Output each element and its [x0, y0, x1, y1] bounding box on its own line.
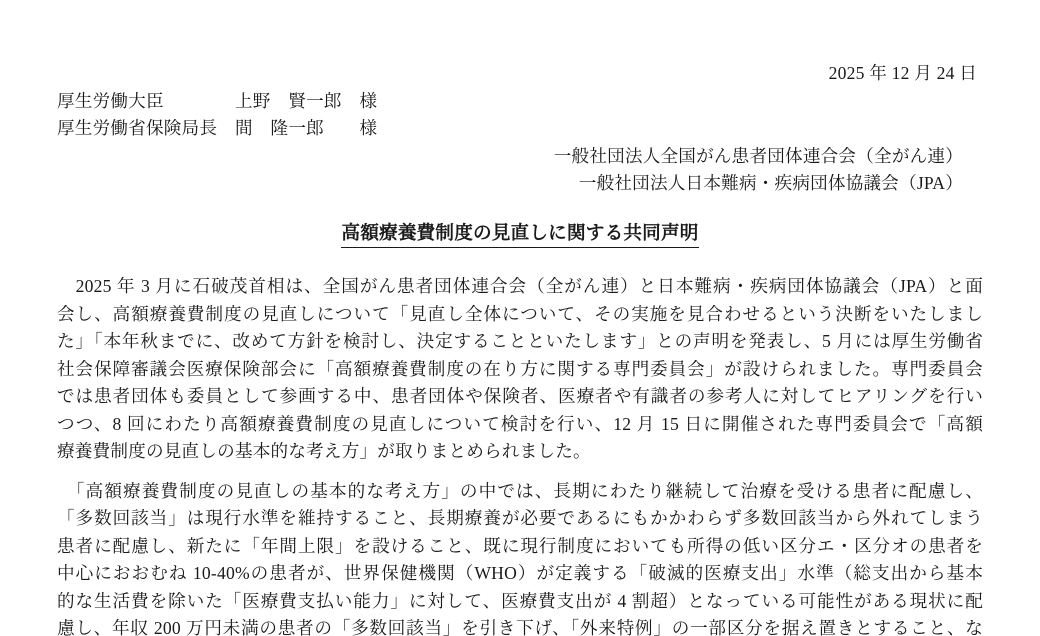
- paragraph-1-line-5: では患者団体も委員として参画する中、患者団体や保険者、医療者や有識者の参考人に対…: [57, 383, 983, 411]
- paragraph-1-line-7: 療養費制度の見直しの基本的な考え方」が取りまとめられました。: [57, 438, 983, 466]
- paragraph-2-line-6: 慮し、年収 200 万円未満の患者の「多数回該当」を引き下げ、「外来特例」の一部…: [57, 615, 983, 636]
- document-date: 2025 年 12 月 24 日: [57, 60, 983, 88]
- paragraph-2-line-4: 中心におおむね 10-40%の患者が、世界保健機関（WHO）が定義する「破滅的医…: [57, 560, 983, 588]
- paragraph-2-line-3: 患者に配慮し、新たに「年間上限」を設けること、既に現行制度においても所得の低い区…: [57, 533, 983, 561]
- paragraph-1-line-3: た」「本年秋までに、改めて方針を検討し、決定することといたします」との声明を発表…: [57, 328, 983, 356]
- paragraph-2-line-2: 「多数回該当」は現行水準を維持すること、長期療養が必要であるにもかかわらず多数回…: [57, 505, 983, 533]
- paragraph-1-line-6: つつ、8 回にわたり高額療養費制度の見直しについて検討を行い、12 月 15 日…: [57, 411, 983, 439]
- sender-organization-lines: 一般社団法人全国がん患者団体連合会（全がん連）一般社団法人日本難病・疾病団体協議…: [57, 143, 983, 198]
- title-row: 高額療養費制度の見直しに関する共同声明: [57, 220, 983, 248]
- sender-organization-lines-2: 一般社団法人日本難病・疾病団体協議会（JPA）: [57, 170, 963, 198]
- recipient-lines-1: 厚生労働大臣 上野 賢一郎 様: [57, 88, 983, 116]
- paragraph-1-line-2: 会し、高額療養費制度の見直しについて「見直し全体について、その実施を見合わせると…: [57, 301, 983, 329]
- paragraph-2-line-1: 「高額療養費制度の見直しの基本的な考え方」の中では、長期にわたり継続して治療を受…: [57, 478, 983, 506]
- paragraph-1-line-1: 2025 年 3 月に石破茂首相は、全国がん患者団体連合会（全がん連）と日本難病…: [57, 273, 983, 301]
- recipient-lines-2: 厚生労働省保険局長 間 隆一郎 様: [57, 115, 983, 143]
- sender-organization-lines-1: 一般社団法人全国がん患者団体連合会（全がん連）: [57, 143, 963, 171]
- paragraph-1-line-4: 社会保障審議会医療保険部会に「高額療養費制度の在り方に関する専門委員会」が設けら…: [57, 356, 983, 384]
- document-title: 高額療養費制度の見直しに関する共同声明: [341, 221, 698, 248]
- recipient-lines: 厚生労働大臣 上野 賢一郎 様厚生労働省保険局長 間 隆一郎 様: [57, 88, 983, 143]
- paragraph-2: 「高額療養費制度の見直しの基本的な考え方」の中では、長期にわたり継続して治療を受…: [57, 478, 983, 636]
- document-page: 2025 年 12 月 24 日 厚生労働大臣 上野 賢一郎 様厚生労働省保険局…: [0, 0, 1040, 636]
- paragraph-2-line-5: 的な生活費を除いた「医療費支払い能力」に対して、医療費支出が 4 割超）となって…: [57, 588, 983, 616]
- paragraph-1: 2025 年 3 月に石破茂首相は、全国がん患者団体連合会（全がん連）と日本難病…: [57, 273, 983, 466]
- body-paragraphs: 2025 年 3 月に石破茂首相は、全国がん患者団体連合会（全がん連）と日本難病…: [57, 273, 983, 636]
